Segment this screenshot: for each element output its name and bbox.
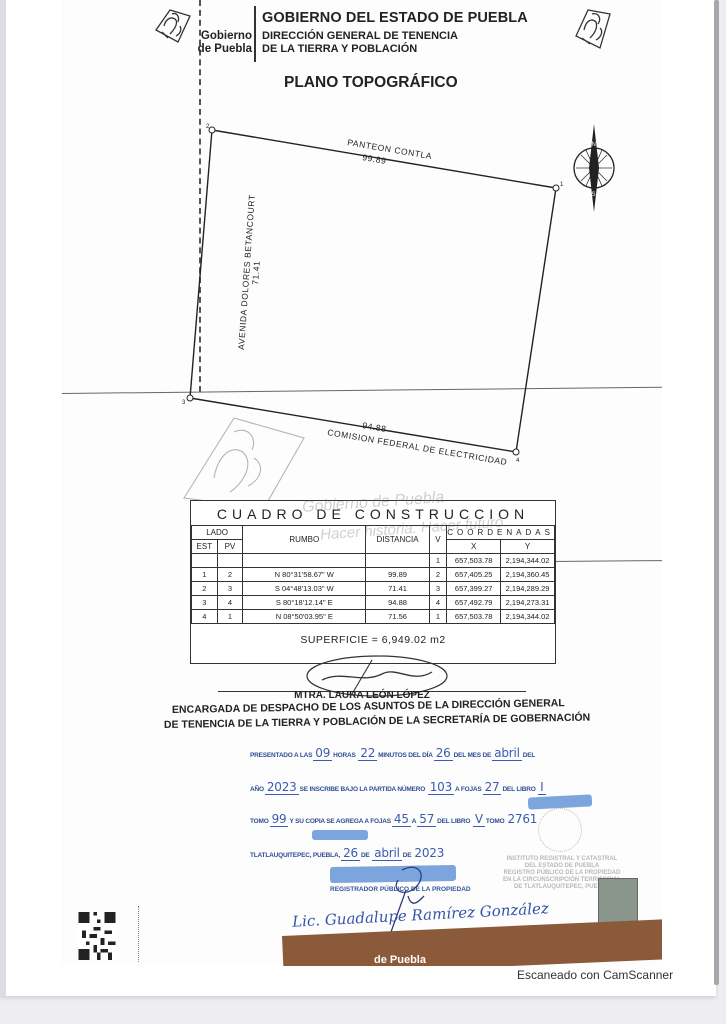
date-month: abril bbox=[372, 846, 402, 861]
cell-distancia: 71.41 bbox=[366, 582, 429, 596]
cell-pv bbox=[217, 554, 243, 568]
cell-rumbo: S 80°18'12.14" E bbox=[243, 596, 366, 610]
scrollbar[interactable] bbox=[714, 0, 719, 985]
directorate-name: DIRECCIÓN GENERAL DE TENENCIA DE LA TIER… bbox=[262, 30, 458, 56]
fojas-value: 27 bbox=[483, 780, 502, 795]
year-value: 2023 bbox=[265, 780, 299, 795]
table-row: 1657,503.782,194,344.02 bbox=[192, 554, 555, 568]
cell-pv: 4 bbox=[217, 596, 243, 610]
cell-v: 2 bbox=[429, 568, 447, 582]
hour-value: 09 bbox=[313, 746, 332, 761]
logo-text-line1: Gobierno bbox=[188, 30, 252, 43]
cell-distancia bbox=[366, 554, 429, 568]
directorate-line1: DIRECCIÓN GENERAL DE TENENCIA bbox=[262, 30, 458, 43]
tomo-value: 99 bbox=[270, 812, 289, 827]
bottom-edge-text: de Puebla bbox=[374, 954, 426, 966]
cell-x: 657,399.27 bbox=[447, 582, 501, 596]
scanner-footer: Escaneado con CamScanner bbox=[517, 968, 673, 982]
cell-est: 4 bbox=[192, 610, 218, 624]
redaction-mark bbox=[312, 830, 368, 840]
scanned-page: Gobierno de Puebla GOBIERNO DEL ESTADO D… bbox=[62, 0, 662, 966]
header-x: X bbox=[447, 540, 501, 554]
svg-text:S: S bbox=[592, 192, 596, 198]
header-pv: PV bbox=[217, 540, 243, 554]
cell-est bbox=[192, 554, 218, 568]
svg-text:N: N bbox=[592, 142, 596, 148]
copy-tomo-value: 2761 bbox=[505, 812, 539, 826]
cell-est: 1 bbox=[192, 568, 218, 582]
header-y: Y bbox=[501, 540, 555, 554]
cell-y: 2,194,289.29 bbox=[501, 582, 555, 596]
table-row: 23S 04°48'13.03" W71.413657,399.272,194,… bbox=[192, 582, 555, 596]
signatory-name: MTRA. LAURA LEÓN LÓPEZ bbox=[62, 690, 662, 701]
puebla-emblem-icon bbox=[572, 6, 614, 52]
vertex-label: 1 bbox=[560, 182, 564, 188]
qr-code bbox=[78, 912, 116, 960]
cell-rumbo: S 04°48'13.03" W bbox=[243, 582, 366, 596]
header-est: EST bbox=[192, 540, 218, 554]
vertex-label: 4 bbox=[516, 458, 520, 464]
cell-distancia: 94.88 bbox=[366, 596, 429, 610]
cell-x: 657,503.78 bbox=[447, 554, 501, 568]
logo-text-line2: de Puebla bbox=[188, 43, 252, 56]
cell-pv: 3 bbox=[217, 582, 243, 596]
cell-x: 657,405.25 bbox=[447, 568, 501, 582]
side-length-south: 94.88 bbox=[362, 420, 388, 434]
header-divider bbox=[254, 6, 256, 62]
cell-rumbo: N 08°50'03.95" E bbox=[243, 610, 366, 624]
cell-v: 1 bbox=[429, 610, 447, 624]
cell-y: 2,194,273.31 bbox=[501, 596, 555, 610]
cell-y: 2,194,344.02 bbox=[501, 554, 555, 568]
registry-line-copy: TOMO99Y SU COPIA SE AGREGA A FOJAS45A57D… bbox=[250, 812, 540, 826]
cell-pv: 2 bbox=[217, 568, 243, 582]
table-row: 12N 80°31'58.67" W99.892657,405.252,194,… bbox=[192, 568, 555, 582]
government-title: GOBIERNO DEL ESTADO DE PUEBLA bbox=[262, 10, 528, 26]
cell-x: 657,492.79 bbox=[447, 596, 501, 610]
institute-seal-icon bbox=[538, 808, 582, 852]
cell-v: 3 bbox=[429, 582, 447, 596]
surface-value: = 6,949.02 m2 bbox=[372, 634, 446, 646]
viewer-edge bbox=[0, 0, 6, 996]
surface-area: SUPERFICIE = 6,949.02 m2 bbox=[191, 629, 555, 651]
copy-fojas-to: 57 bbox=[417, 812, 436, 827]
header-lado: LADO bbox=[192, 526, 243, 540]
registry-line-inscription: AÑO2023SE INSCRIBE BAJO LA PARTIDA NÚMER… bbox=[250, 780, 547, 794]
cell-y: 2,194,360.45 bbox=[501, 568, 555, 582]
table-row: 34S 80°18'12.14" E94.884657,492.792,194,… bbox=[192, 596, 555, 610]
cell-rumbo: N 80°31'58.67" W bbox=[243, 568, 366, 582]
cell-x: 657,503.78 bbox=[447, 610, 501, 624]
registry-line-date: TLATLAUQUITEPEC, PUEBLA,26DE abrilDE2023 bbox=[250, 846, 447, 860]
partida-value: 103 bbox=[428, 780, 454, 795]
date-year: 2023 bbox=[412, 846, 446, 860]
cell-rumbo bbox=[243, 554, 366, 568]
cell-y: 2,194,344.02 bbox=[501, 610, 555, 624]
side-length-north: 99.89 bbox=[362, 152, 388, 166]
surface-label: SUPERFICIE bbox=[300, 634, 368, 646]
cell-v: 4 bbox=[429, 596, 447, 610]
date-day: 26 bbox=[341, 846, 360, 861]
cell-est: 2 bbox=[192, 582, 218, 596]
north-arrow-compass-icon: N S bbox=[572, 122, 616, 214]
copy-libro-value: V bbox=[473, 812, 485, 827]
cell-distancia: 99.89 bbox=[366, 568, 429, 582]
vertical-fine-print bbox=[138, 906, 142, 962]
registry-line-presented: PRESENTADO A LAS09HORAS 22MINUTOS DEL DÍ… bbox=[250, 746, 535, 760]
side-length-west: 71.41 bbox=[250, 260, 262, 285]
cell-pv: 1 bbox=[217, 610, 243, 624]
cell-v: 1 bbox=[429, 554, 447, 568]
logo-text: Gobierno de Puebla bbox=[188, 30, 252, 56]
cell-distancia: 71.56 bbox=[366, 610, 429, 624]
minutes-value: 22 bbox=[358, 746, 377, 761]
document-viewer: Gobierno de Puebla GOBIERNO DEL ESTADO D… bbox=[0, 0, 716, 996]
table-row: 41N 08°50'03.95" E71.561657,503.782,194,… bbox=[192, 610, 555, 624]
side-label-north: PANTEON CONTLA bbox=[347, 137, 433, 161]
day-value: 26 bbox=[434, 746, 453, 761]
directorate-line2: DE LA TIERRA Y POBLACIÓN bbox=[262, 43, 458, 56]
month-value: abril bbox=[492, 746, 522, 761]
libro-value: I bbox=[538, 780, 545, 795]
copy-fojas-from: 45 bbox=[392, 812, 411, 827]
side-label-south: COMISION FEDERAL DE ELECTRICIDAD bbox=[327, 427, 508, 467]
cell-est: 3 bbox=[192, 596, 218, 610]
vertex-label: 3 bbox=[182, 400, 186, 406]
hologram-stamp bbox=[598, 878, 638, 924]
plan-title: PLANO TOPOGRÁFICO bbox=[284, 74, 458, 92]
